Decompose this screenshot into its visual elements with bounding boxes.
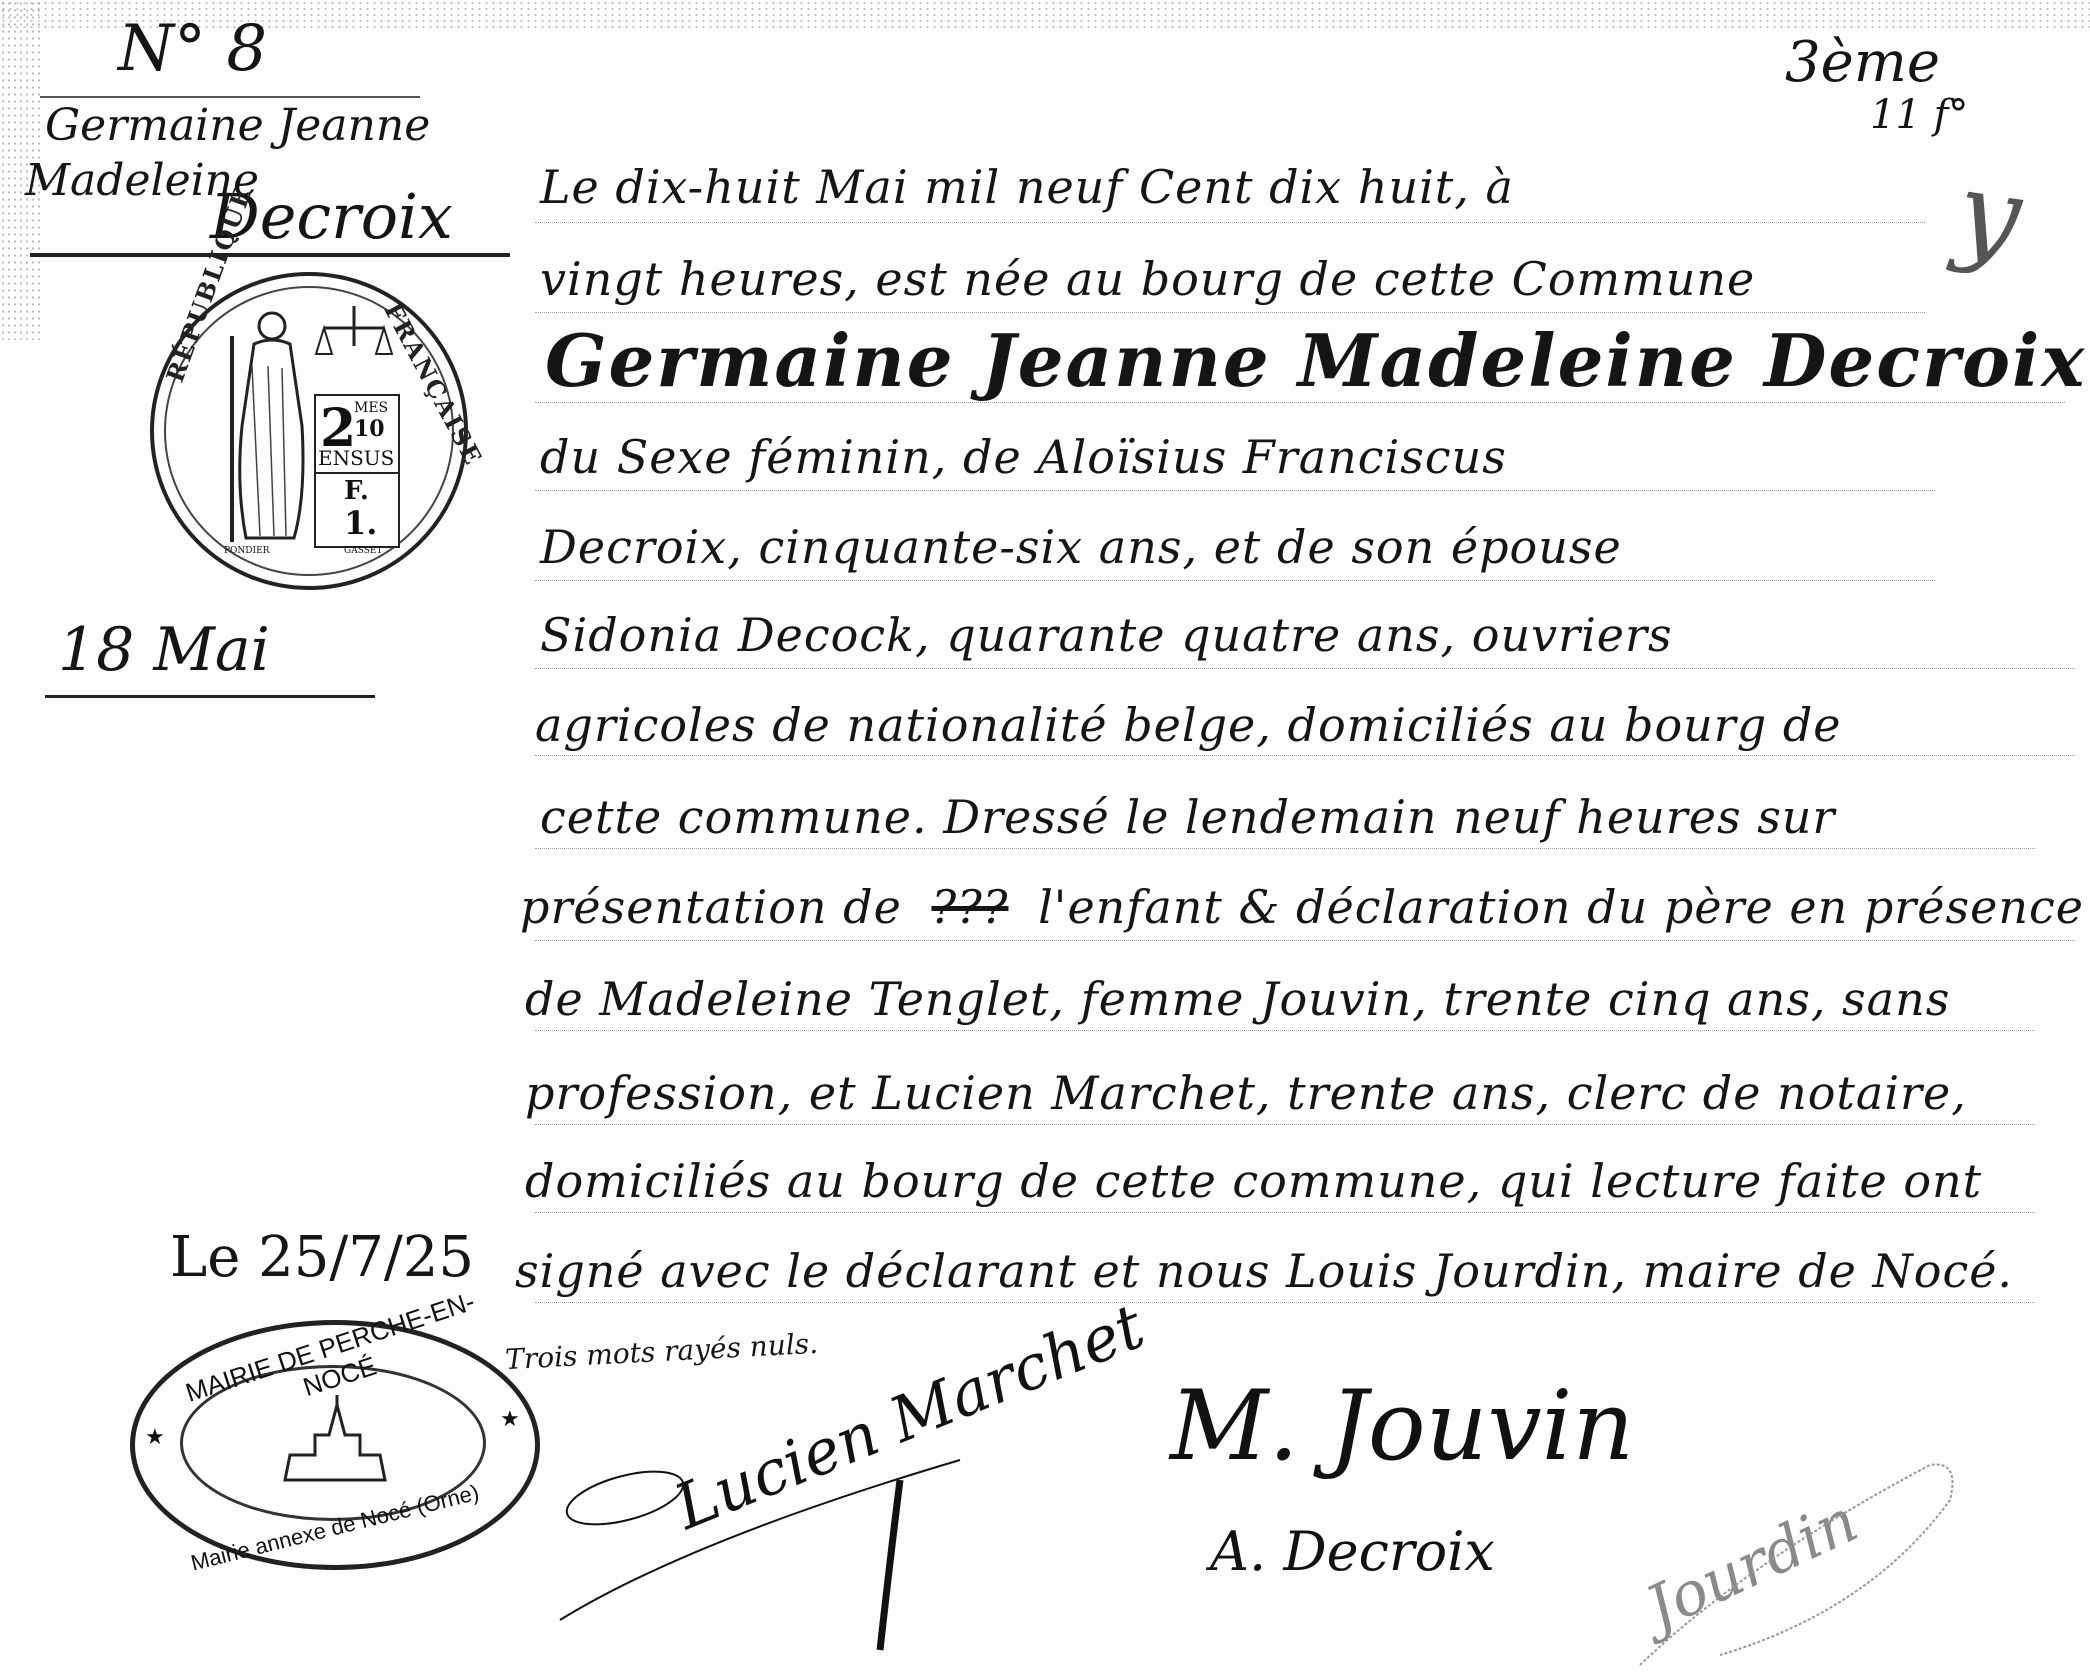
margin-date: 18 Mai <box>58 615 270 685</box>
body-line-10: de Madeleine Tenglet, femme Jouvin, tren… <box>525 972 1950 1026</box>
church-icon <box>275 1395 395 1485</box>
register-page: 3ème 11 f° y N° 8 Germaine Jeanne Madele… <box>0 0 2090 1676</box>
stamp-value-frac: 10 <box>354 416 385 442</box>
signature-jouvin: M. Jouvin <box>1170 1370 1634 1482</box>
body-line-11: profession, et Lucien Marchet, trente an… <box>525 1066 1967 1120</box>
body-line-8: cette commune. Dressé le lendemain neuf … <box>540 790 1835 844</box>
right-margin-mark: y <box>1949 146 2028 281</box>
top-right-annotation-line1: 3ème <box>1785 30 1940 95</box>
stamp-engraver-right: GASSET <box>344 546 382 556</box>
body-line-9-start: présentation de <box>520 880 902 934</box>
scan-noise-top <box>0 0 2090 28</box>
body-line-7: agricoles de nationalité belge, domicili… <box>535 698 1842 752</box>
mayor-signature-flourish-icon <box>1630 1440 1970 1670</box>
margin-rule-name <box>30 253 510 257</box>
stamp-value-sup: MES <box>354 400 388 416</box>
margin-rule-top <box>40 96 420 98</box>
body-line-13: signé avec le déclarant et nous Louis Jo… <box>515 1244 2013 1298</box>
stamp-value-label: ENSUS <box>318 446 394 470</box>
body-line-9-rest: l'enfant & déclaration du père en présen… <box>1038 880 2084 934</box>
top-right-annotation-line2: 11 f° <box>1870 92 1968 138</box>
stamp-franc-label: F. <box>344 476 369 506</box>
stamp-engraver-left: PONDIER <box>224 546 269 556</box>
body-line-5: Decroix, cinquante-six ans, et de son ép… <box>540 520 1622 574</box>
mairie-stamp: MAIRIE DE PERCHE-EN-NOCÉ Mairie annexe d… <box>130 1320 540 1570</box>
struck-word: ??? <box>931 880 1008 934</box>
star-icon: ★ <box>145 1425 165 1450</box>
signature-flourish-icon <box>540 1420 1000 1660</box>
stamp-franc-value: 1. <box>344 504 377 542</box>
child-full-name: Germaine Jeanne Madeleine Decroix <box>545 318 2086 403</box>
fiscal-stamp-value-box: 2 MES 10 ENSUS F. 1. <box>314 394 400 548</box>
body-line-9: présentation de ??? l'enfant & déclarati… <box>520 880 2084 934</box>
entry-number: N° 8 <box>118 12 267 86</box>
body-line-4: du Sexe féminin, de Aloïsius Franciscus <box>540 430 1507 484</box>
margin-given-names-line1: Germaine Jeanne <box>45 100 430 151</box>
signature-decroix: A. Decroix <box>1210 1520 1495 1583</box>
body-line-1: Le dix-huit Mai mil neuf Cent dix huit, … <box>540 160 1514 214</box>
copy-date: Le 25/7/25 <box>170 1225 474 1290</box>
body-line-2: vingt heures, est née au bourg de cette … <box>540 252 1755 306</box>
star-icon: ★ <box>500 1407 520 1432</box>
body-line-6: Sidonia Decock, quarante quatre ans, ouv… <box>540 608 1673 662</box>
margin-rule-date <box>45 695 375 698</box>
marianne-figure-icon <box>224 306 319 546</box>
body-line-12: domiciliés au bourg de cette commune, qu… <box>525 1154 1982 1208</box>
fiscal-stamp: 2 MES 10 ENSUS F. 1. RÉPUBLIQUE FRANÇAIS… <box>150 272 468 590</box>
marginal-note: Trois mots rayés nuls. <box>504 1327 818 1376</box>
